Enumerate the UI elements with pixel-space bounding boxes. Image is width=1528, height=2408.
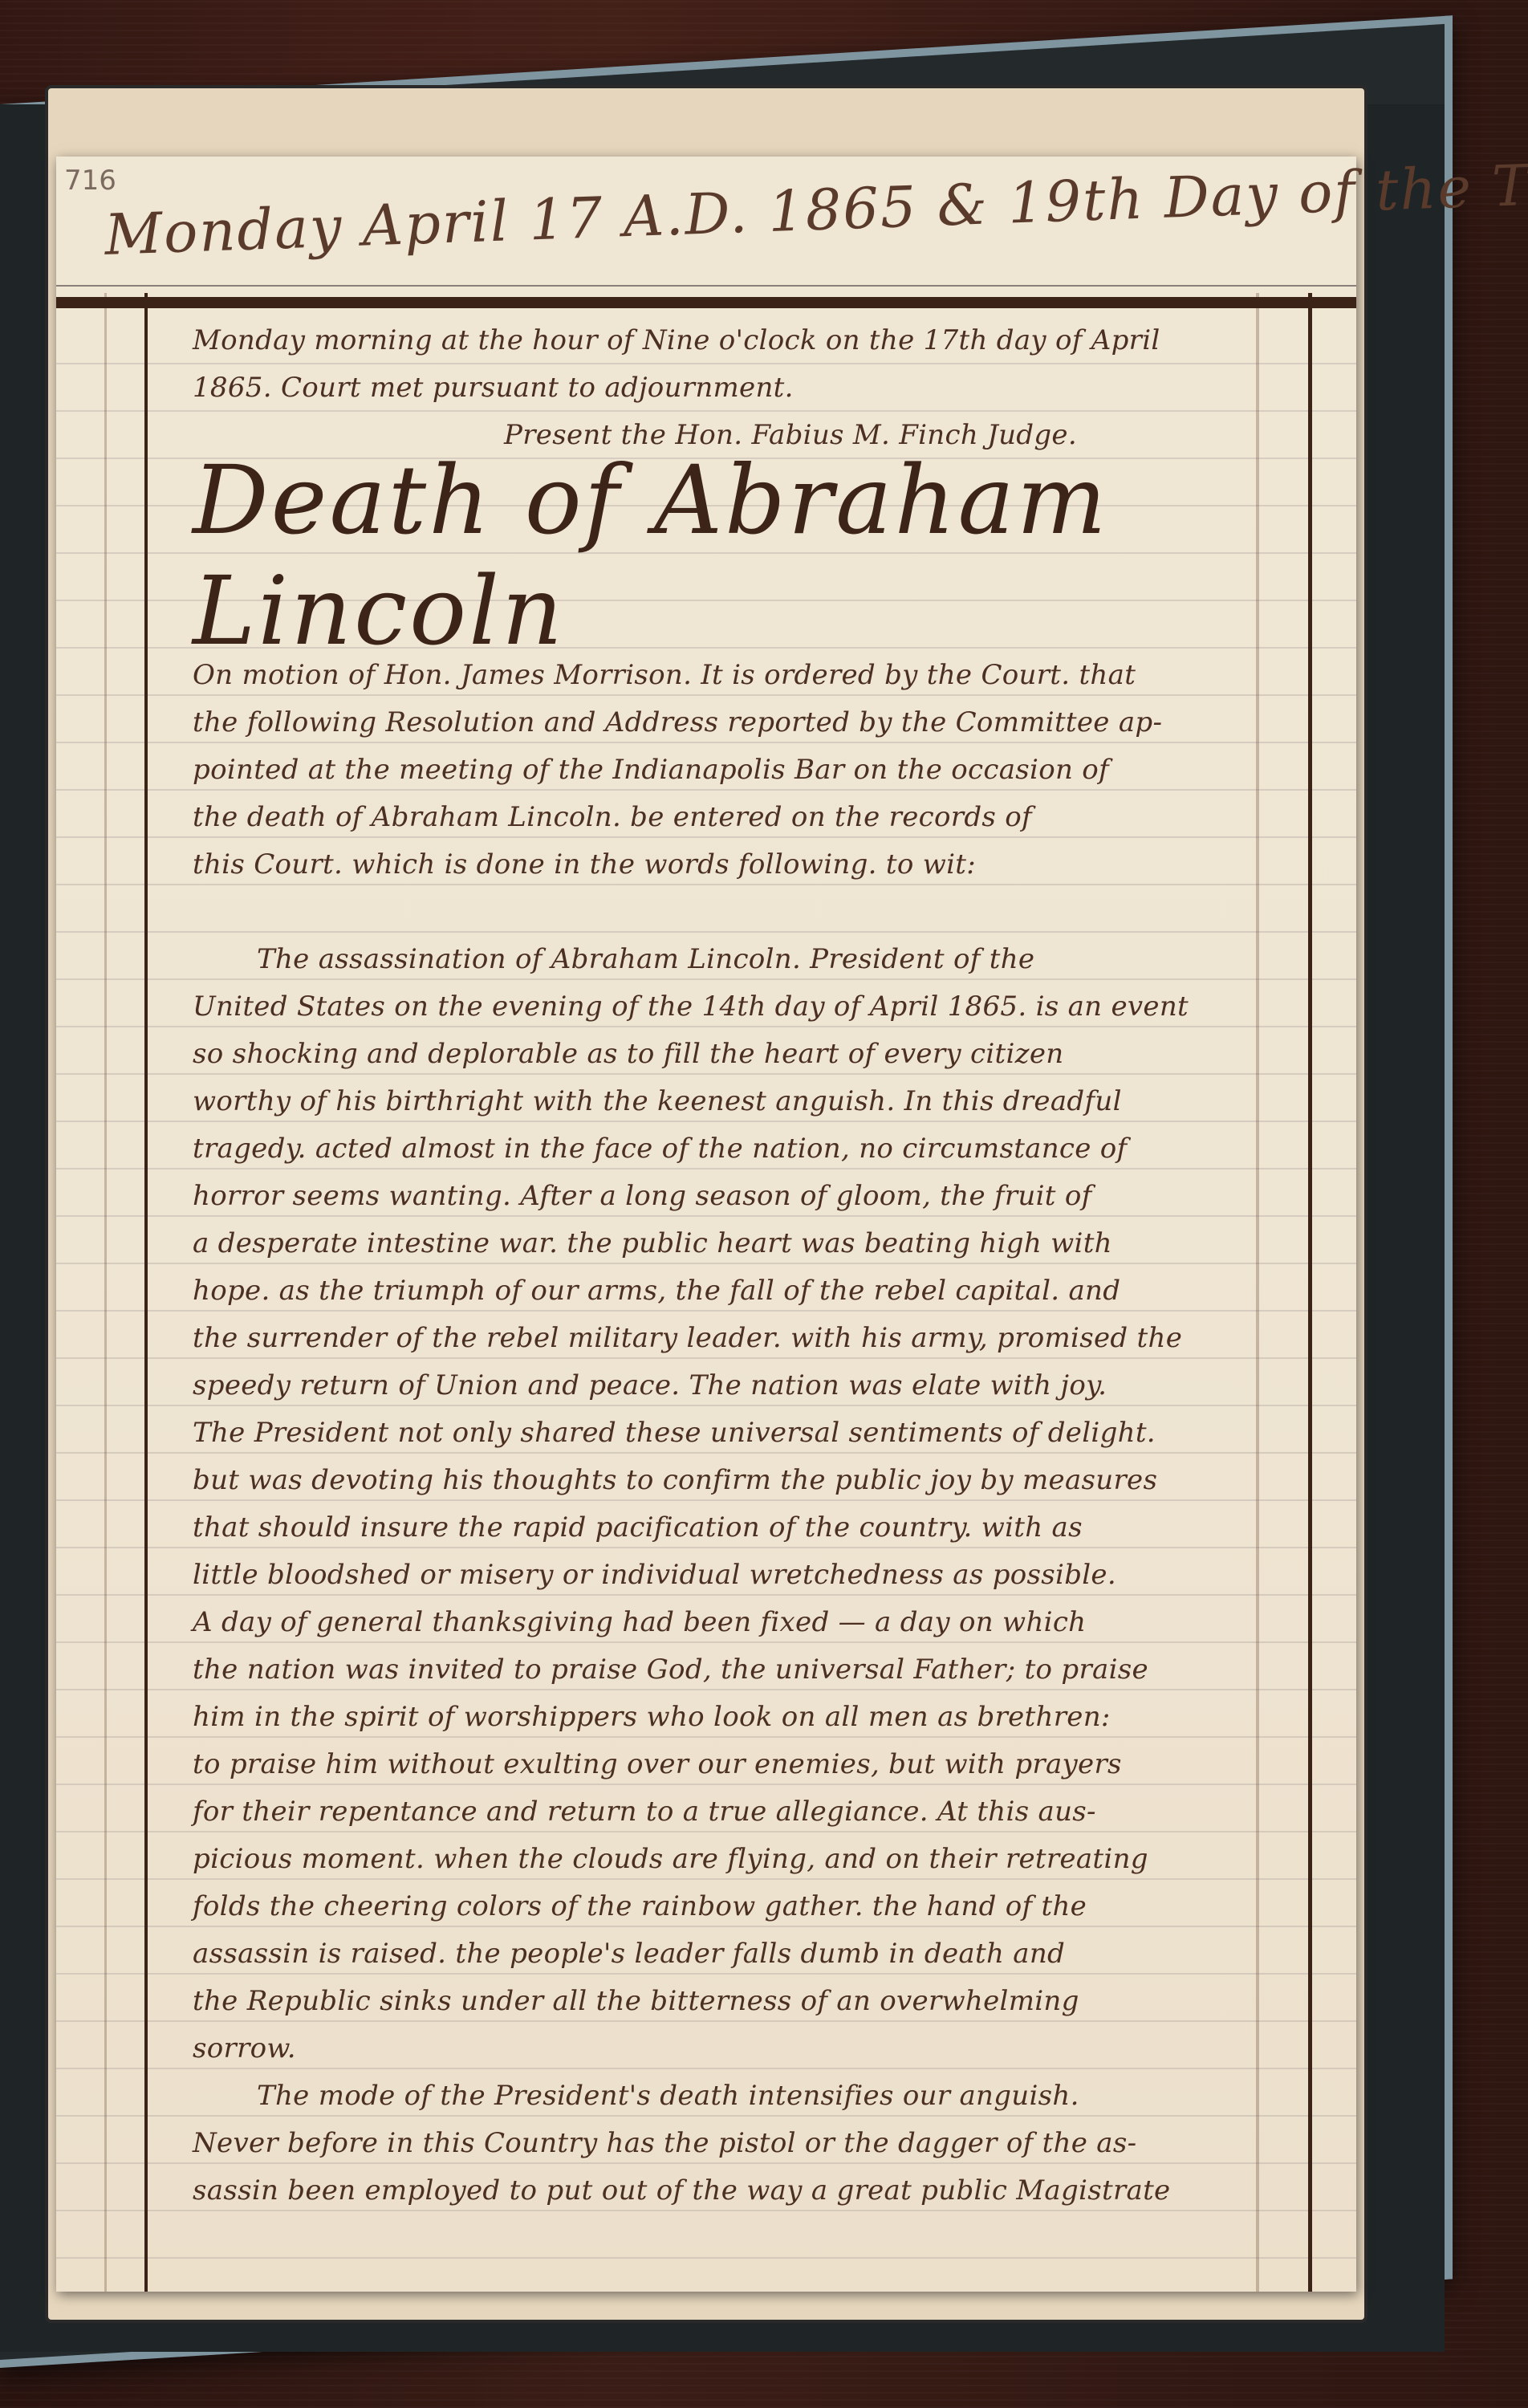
opening-line: Monday morning at the hour of Nine o'clo… [193,317,1292,364]
motion-line: On motion of Hon. James Morrison. It is … [193,652,1292,699]
motion-line: the following Resolution and Address rep… [193,699,1292,746]
address-line: assassin is raised. the people's leader … [193,1930,1292,1978]
address-line: sorrow. [193,2025,1292,2072]
address-line: the surrender of the rebel military lead… [193,1315,1292,1362]
address-line: the Republic sinks under all the bittern… [193,1978,1292,2025]
page-header-date: Monday April 17 A.D. 1865 & 19th Day of … [104,159,1341,268]
margin-line-right [1308,293,1312,2292]
page-number: 716 [64,165,116,197]
address-line: hope. as the triumph of our arms, the fa… [193,1267,1292,1315]
address-line: little bloodshed or misery or individual… [193,1552,1292,1599]
address-line: A day of general thanksgiving had been f… [193,1599,1292,1646]
address-line: worthy of his birthright with the keenes… [193,1078,1292,1125]
address-line: The assassination of Abraham Lincoln. Pr… [193,936,1292,983]
motion-line: pointed at the meeting of the Indianapol… [193,746,1292,794]
address-line: United States on the evening of the 14th… [193,983,1292,1031]
opening-line: 1865. Court met pursuant to adjournment. [193,364,1292,412]
motion-line: the death of Abraham Lincoln. be entered… [193,794,1292,841]
address-line: a desperate intestine war. the public he… [193,1220,1292,1267]
margin-line-outer [104,293,107,2292]
header-baseline [56,285,1356,287]
entry-body: Monday morning at the hour of Nine o'clo… [193,317,1292,2215]
address-line: him in the spirit of worshippers who loo… [193,1694,1292,1741]
header-rule [56,297,1356,308]
address-line: The President not only shared these univ… [193,1409,1292,1457]
address-line: sassin been employed to put out of the w… [193,2167,1292,2215]
margin-line-left [144,293,148,2292]
entry-title: Death of Abraham Lincoln [193,459,1292,652]
address-line: speedy return of Union and peace. The na… [193,1362,1292,1409]
address-line: but was devoting his thoughts to confirm… [193,1457,1292,1504]
address-line: for their repentance and return to a tru… [193,1788,1292,1836]
address-line: to praise him without exulting over our … [193,1741,1292,1788]
ledger-page: 716 Monday April 17 A.D. 1865 & 19th Day… [56,157,1356,2292]
address-line: the nation was invited to praise God, th… [193,1646,1292,1694]
address-line: The mode of the President's death intens… [193,2072,1292,2120]
motion-line: this Court. which is done in the words f… [193,841,1292,889]
address-line: that should insure the rapid pacificatio… [193,1504,1292,1552]
address-line: horror seems wanting. After a long seaso… [193,1173,1292,1220]
address-line: Never before in this Country has the pis… [193,2120,1292,2167]
address-line: picious moment. when the clouds are flyi… [193,1836,1292,1883]
address-line: folds the cheering colors of the rainbow… [193,1883,1292,1930]
address-line: so shocking and deplorable as to fill th… [193,1031,1292,1078]
address-line: tragedy. acted almost in the face of the… [193,1125,1292,1173]
